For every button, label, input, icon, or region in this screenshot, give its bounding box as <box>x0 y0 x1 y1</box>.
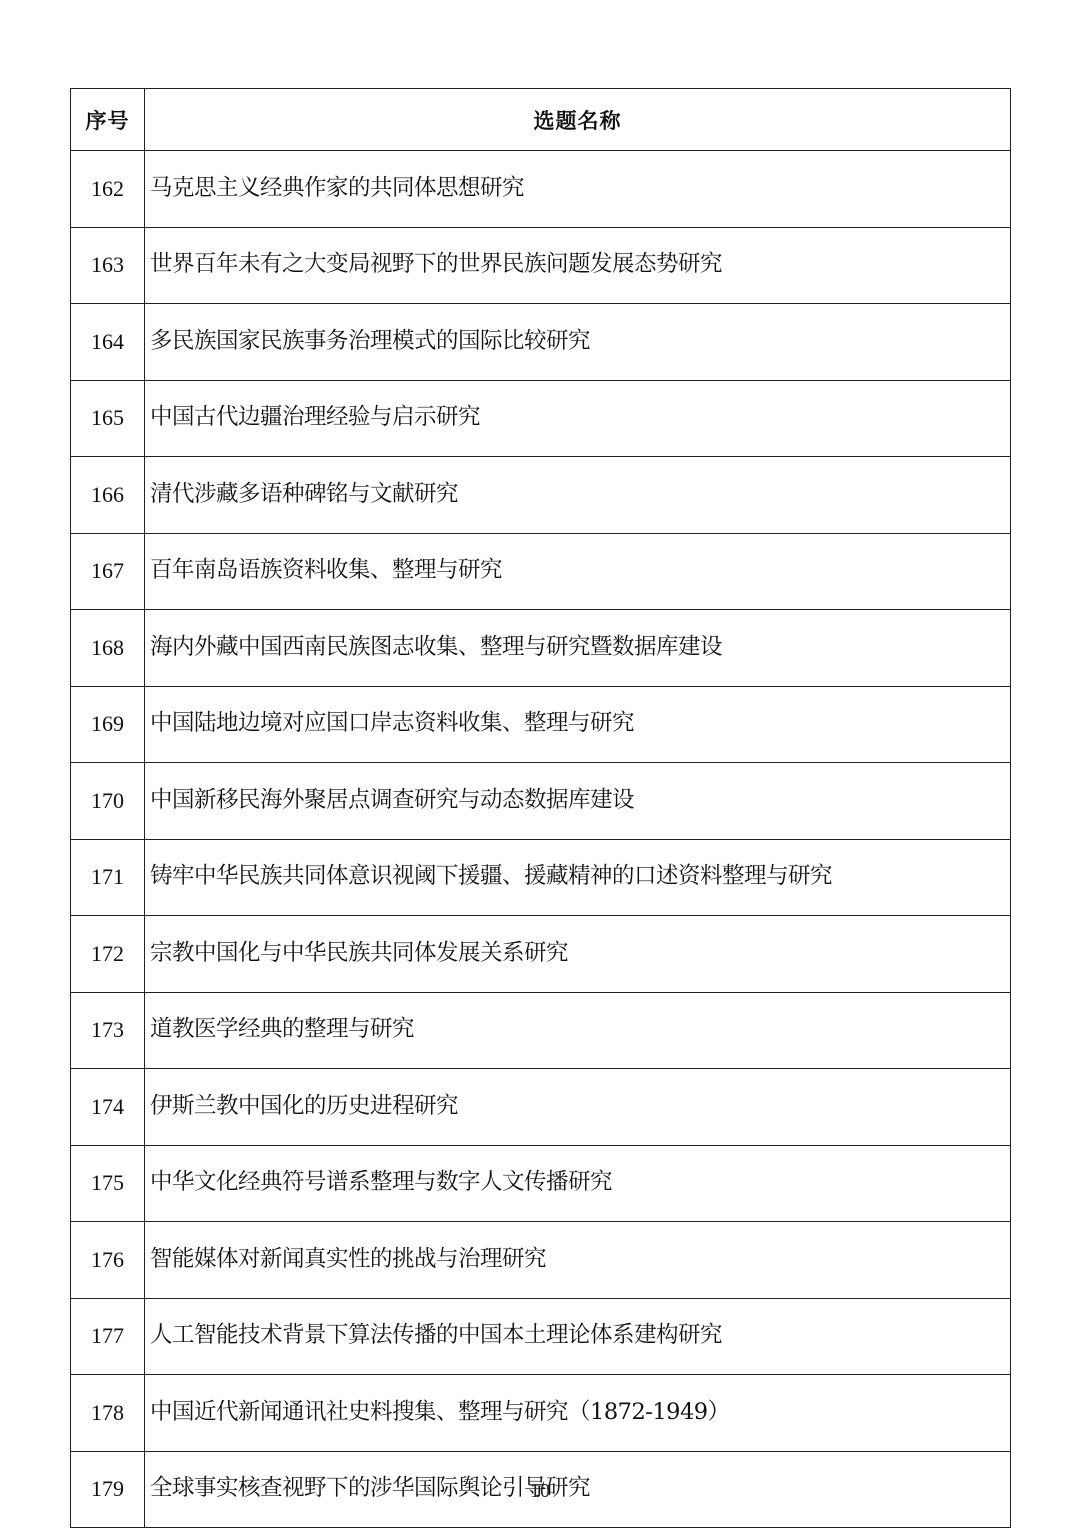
table-row: 165 中国古代边疆治理经验与启示研究 <box>71 380 1011 457</box>
header-title: 选题名称 <box>145 89 1011 151</box>
row-title: 人工智能技术背景下算法传播的中国本土理论体系建构研究 <box>145 1298 1011 1375</box>
table-row: 170 中国新移民海外聚居点调查研究与动态数据库建设 <box>71 763 1011 840</box>
row-title: 中国古代边疆治理经验与启示研究 <box>145 380 1011 457</box>
table-row: 162 马克思主义经典作家的共同体思想研究 <box>71 151 1011 228</box>
row-title: 中华文化经典符号谱系整理与数字人文传播研究 <box>145 1145 1011 1222</box>
table-header-row: 序号 选题名称 <box>71 89 1011 151</box>
table-row: 171 铸牢中华民族共同体意识视阈下援疆、援藏精神的口述资料整理与研究 <box>71 839 1011 916</box>
row-number: 162 <box>71 151 145 228</box>
table-row: 168 海内外藏中国西南民族图志收集、整理与研究暨数据库建设 <box>71 610 1011 687</box>
row-number: 170 <box>71 763 145 840</box>
row-title: 百年南岛语族资料收集、整理与研究 <box>145 533 1011 610</box>
row-number: 176 <box>71 1222 145 1299</box>
row-number: 172 <box>71 916 145 993</box>
row-number: 173 <box>71 992 145 1069</box>
row-title: 智能媒体对新闻真实性的挑战与治理研究 <box>145 1222 1011 1299</box>
row-number: 164 <box>71 304 145 381</box>
table-row: 167 百年南岛语族资料收集、整理与研究 <box>71 533 1011 610</box>
table-row: 175 中华文化经典符号谱系整理与数字人文传播研究 <box>71 1145 1011 1222</box>
row-number: 171 <box>71 839 145 916</box>
row-number: 163 <box>71 227 145 304</box>
topic-table: 序号 选题名称 162 马克思主义经典作家的共同体思想研究 163 世界百年未有… <box>70 88 1011 1528</box>
row-title: 中国陆地边境对应国口岸志资料收集、整理与研究 <box>145 686 1011 763</box>
table-row: 177 人工智能技术背景下算法传播的中国本土理论体系建构研究 <box>71 1298 1011 1375</box>
row-number: 177 <box>71 1298 145 1375</box>
table-row: 178 中国近代新闻通讯社史料搜集、整理与研究（1872-1949） <box>71 1375 1011 1452</box>
row-title: 伊斯兰教中国化的历史进程研究 <box>145 1069 1011 1146</box>
row-number: 174 <box>71 1069 145 1146</box>
table-row: 172 宗教中国化与中华民族共同体发展关系研究 <box>71 916 1011 993</box>
row-number: 178 <box>71 1375 145 1452</box>
row-title: 宗教中国化与中华民族共同体发展关系研究 <box>145 916 1011 993</box>
table-row: 166 清代涉藏多语种碑铭与文献研究 <box>71 457 1011 534</box>
page-number: 10 <box>0 1480 1080 1503</box>
row-title: 世界百年未有之大变局视野下的世界民族问题发展态势研究 <box>145 227 1011 304</box>
row-number: 175 <box>71 1145 145 1222</box>
table-row: 164 多民族国家民族事务治理模式的国际比较研究 <box>71 304 1011 381</box>
row-number: 169 <box>71 686 145 763</box>
table-row: 173 道教医学经典的整理与研究 <box>71 992 1011 1069</box>
row-number: 165 <box>71 380 145 457</box>
row-title: 马克思主义经典作家的共同体思想研究 <box>145 151 1011 228</box>
table-row: 176 智能媒体对新闻真实性的挑战与治理研究 <box>71 1222 1011 1299</box>
row-title: 铸牢中华民族共同体意识视阈下援疆、援藏精神的口述资料整理与研究 <box>145 839 1011 916</box>
table-row: 169 中国陆地边境对应国口岸志资料收集、整理与研究 <box>71 686 1011 763</box>
row-title: 道教医学经典的整理与研究 <box>145 992 1011 1069</box>
row-number: 166 <box>71 457 145 534</box>
header-number: 序号 <box>71 89 145 151</box>
row-number: 167 <box>71 533 145 610</box>
table-body: 162 马克思主义经典作家的共同体思想研究 163 世界百年未有之大变局视野下的… <box>71 151 1011 1528</box>
table-row: 174 伊斯兰教中国化的历史进程研究 <box>71 1069 1011 1146</box>
row-title: 多民族国家民族事务治理模式的国际比较研究 <box>145 304 1011 381</box>
row-title: 中国新移民海外聚居点调查研究与动态数据库建设 <box>145 763 1011 840</box>
table-row: 163 世界百年未有之大变局视野下的世界民族问题发展态势研究 <box>71 227 1011 304</box>
row-title: 海内外藏中国西南民族图志收集、整理与研究暨数据库建设 <box>145 610 1011 687</box>
row-number: 168 <box>71 610 145 687</box>
row-title: 清代涉藏多语种碑铭与文献研究 <box>145 457 1011 534</box>
row-title: 中国近代新闻通讯社史料搜集、整理与研究（1872-1949） <box>145 1375 1011 1452</box>
